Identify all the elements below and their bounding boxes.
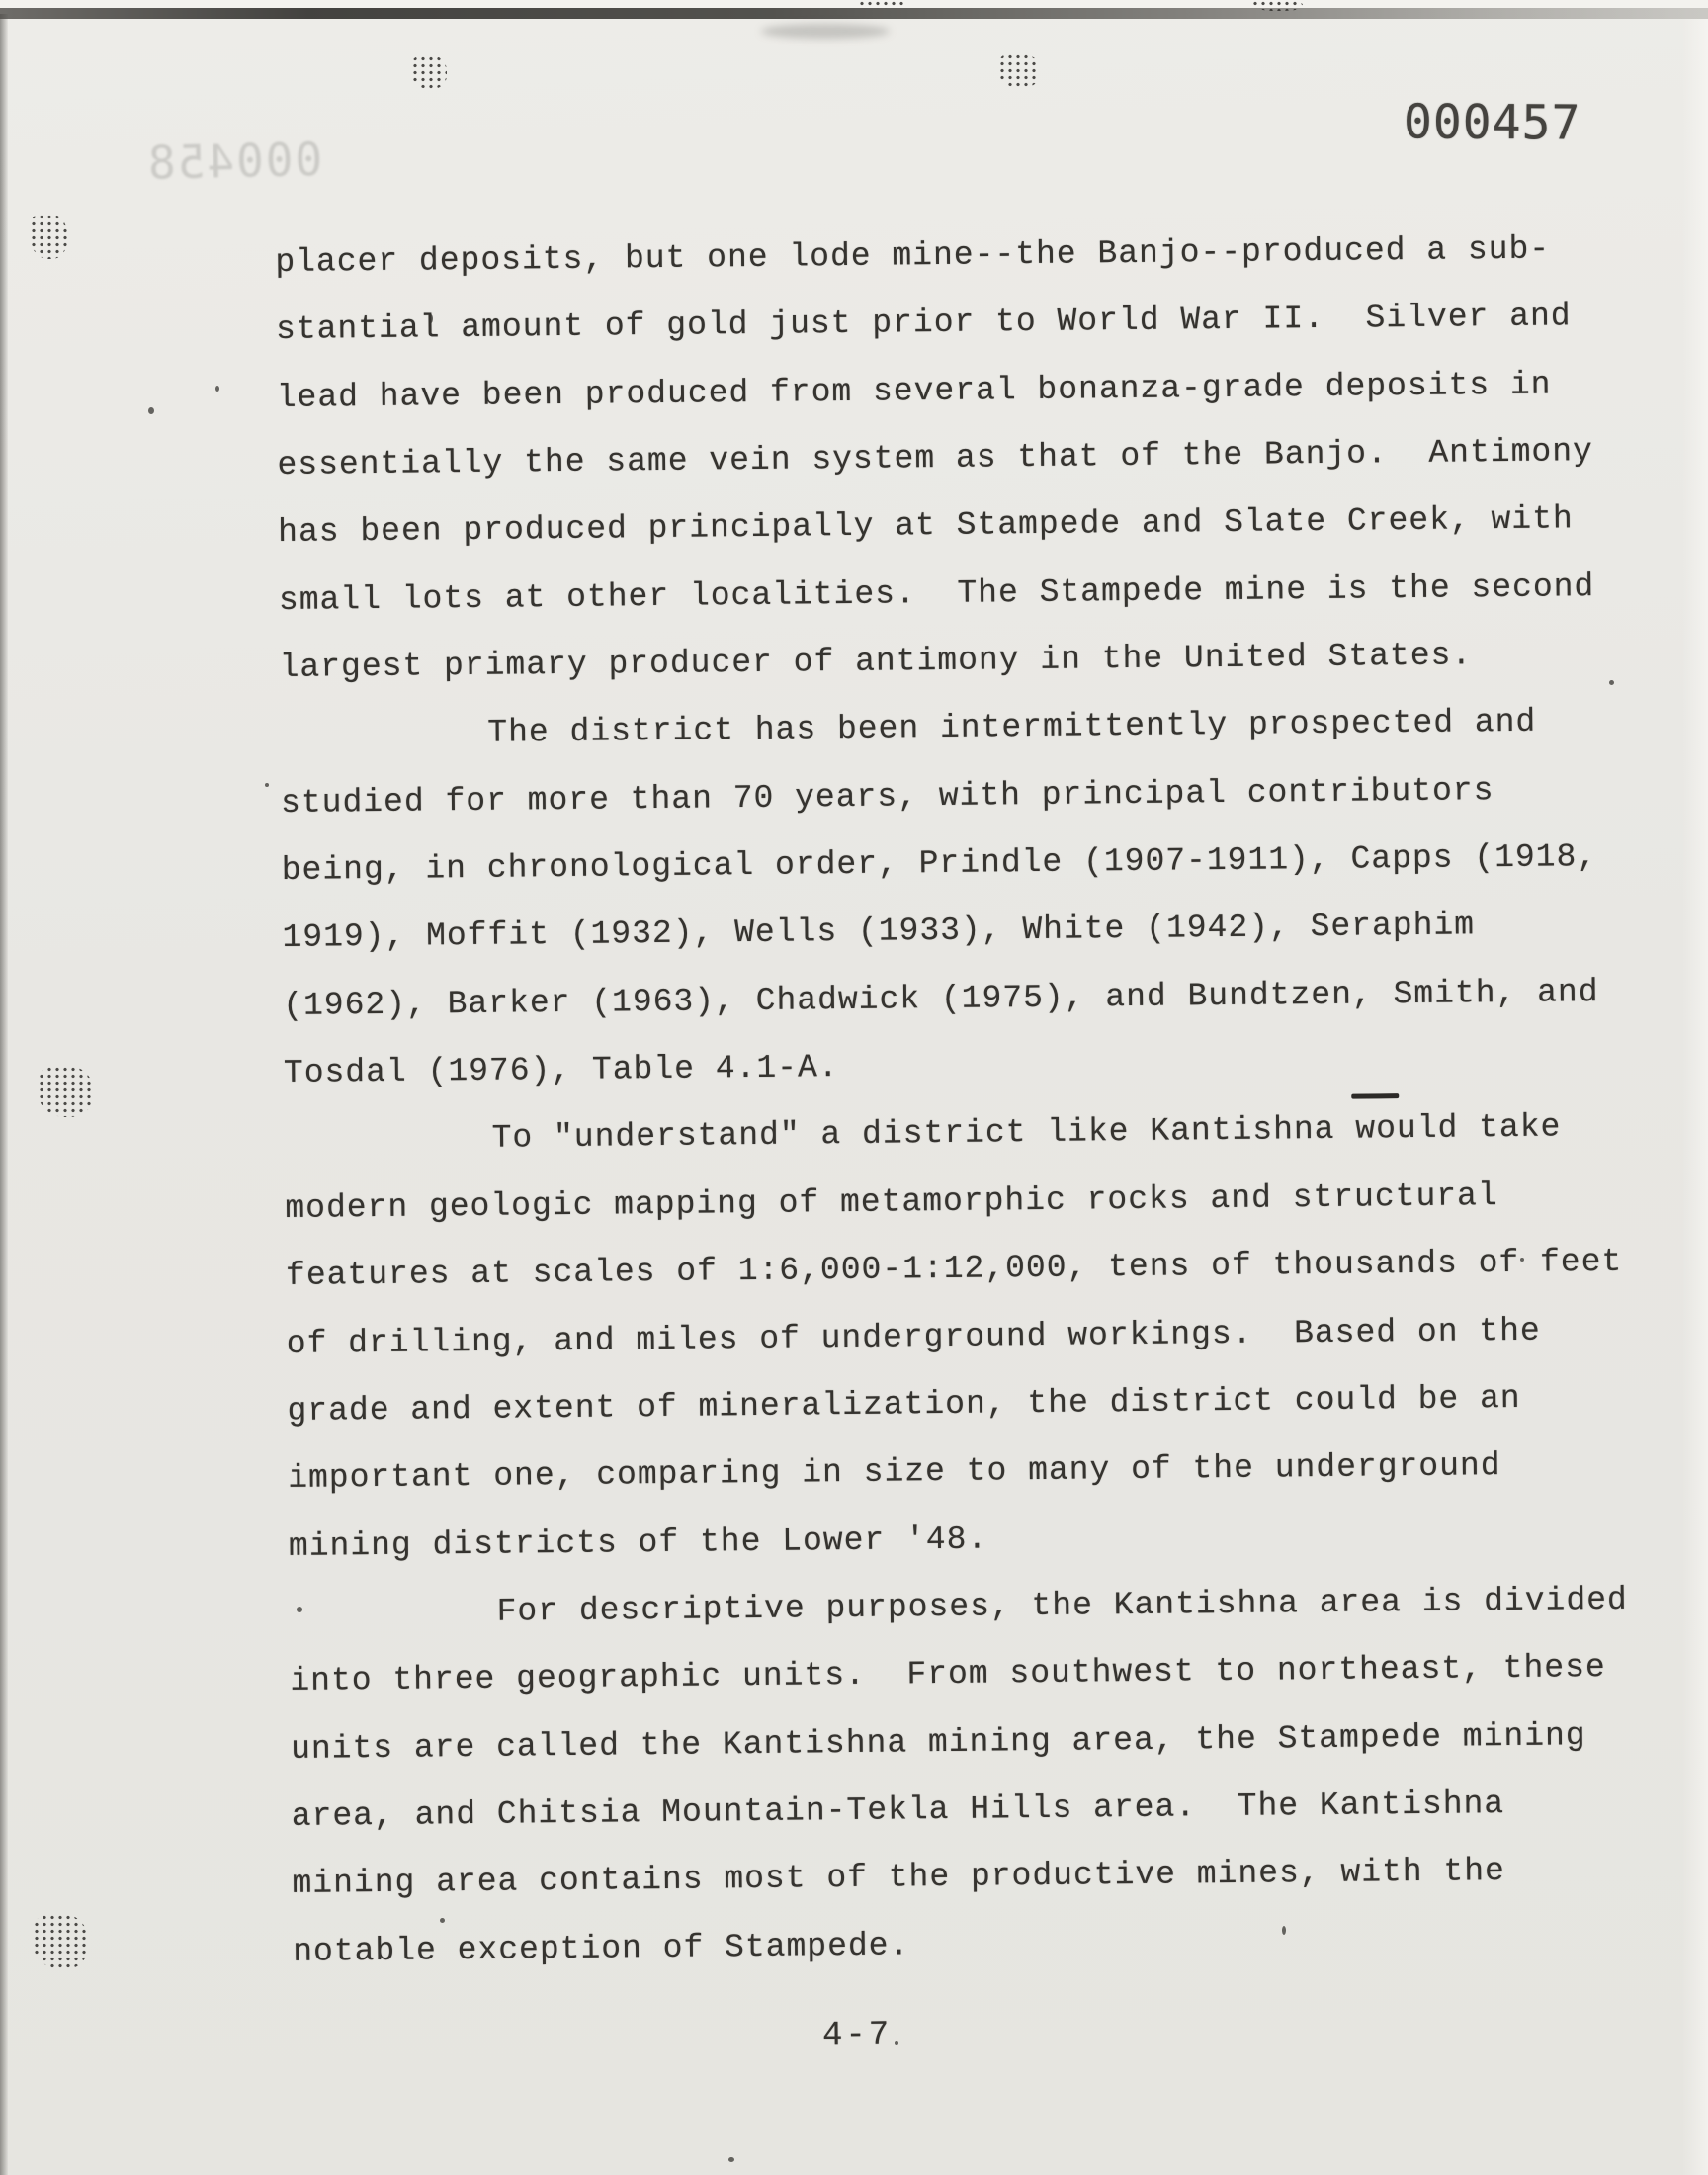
ink-speck [148,407,154,414]
ink-speck [1609,680,1614,685]
paper-edge-right [1682,19,1708,2175]
halftone-mark [858,0,905,9]
scan-edge-band [0,8,1708,19]
sheet-number-stamp: 000457 [1404,94,1581,150]
halftone-mark [998,53,1040,88]
correction-overbar [1351,1093,1399,1099]
ink-speck [440,1918,445,1923]
halftone-mark [33,1914,88,1969]
ink-speck [895,2041,898,2044]
ink-speck [215,386,219,391]
ink-speck [297,1607,302,1612]
text-line: mining area contains most of the product… [292,1837,1671,1919]
smudge-mark [761,24,890,39]
halftone-mark [1251,0,1303,11]
text-block: placer deposits, but one lode mine--the … [275,215,1672,1985]
bleedthrough-stamp: 000458 [145,132,322,190]
ink-speck [1282,1926,1286,1935]
ink-speck [265,783,269,787]
text-line: important one, comparing in size to many… [288,1432,1667,1514]
halftone-mark [411,55,447,89]
scan-edge-left [0,14,8,2175]
top-paper-edge [0,0,1708,8]
halftone-mark [38,1066,93,1117]
page-number: 4-7 [822,2017,893,2055]
halftone-mark [30,214,67,259]
ink-speck [1520,1258,1524,1261]
ink-speck [429,314,433,323]
ink-speck [728,2157,734,2162]
document-page: 000457 000458 placer deposits, but one l… [0,0,1708,2175]
text-line: notable exception of Stampede. [293,1904,1672,1986]
